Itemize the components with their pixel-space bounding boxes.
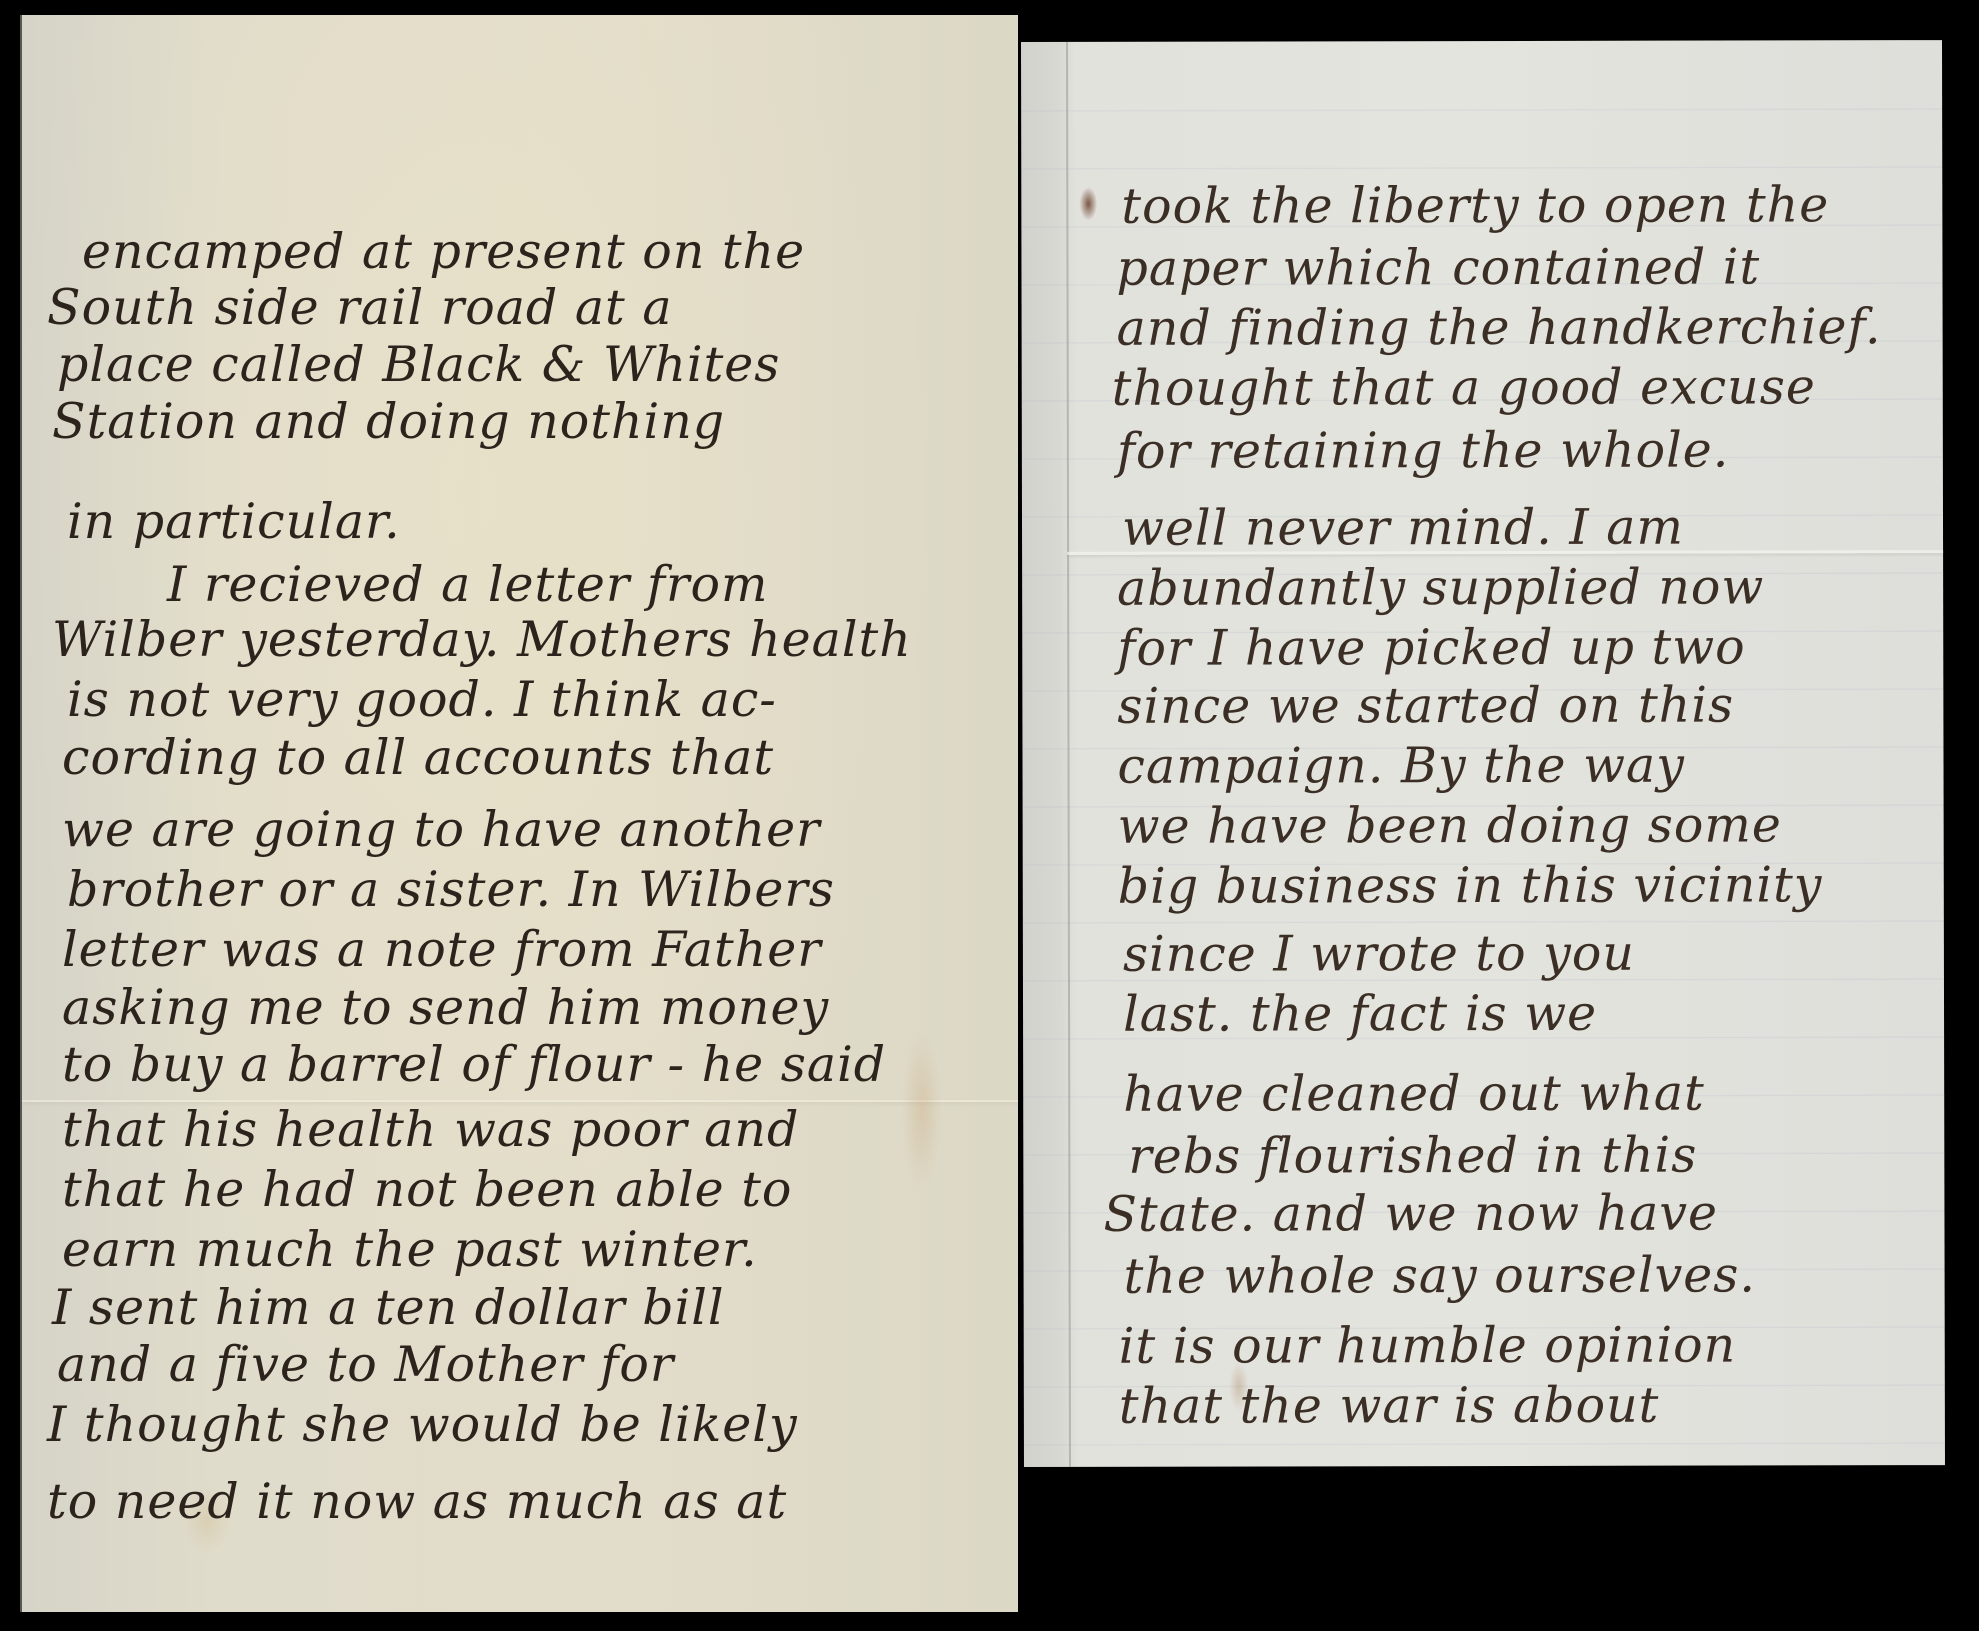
handwritten-line: well never mind. I am [1122, 503, 1684, 553]
handwritten-line: the whole say ourselves. [1124, 1250, 1756, 1300]
handwritten-line: that he had not been able to [62, 1165, 792, 1214]
letter-page-left: encamped at present on the South side ra… [20, 15, 1018, 1612]
handwritten-line: we have been doing some [1118, 800, 1782, 850]
handwritten-line: brother or a sister. In Wilbers [67, 865, 835, 914]
handwritten-line: have cleaned out what [1123, 1069, 1705, 1119]
handwritten-line: in particular. [67, 497, 401, 546]
handwritten-line: to buy a barrel of flour - he said [62, 1040, 886, 1089]
handwritten-line: State. and we now have [1103, 1189, 1718, 1239]
paper-stain [902, 1030, 942, 1190]
handwritten-line: cording to all accounts that [62, 733, 774, 782]
handwritten-line: that the war is about [1119, 1381, 1660, 1431]
handwritten-line: rebs flourished in this [1128, 1131, 1697, 1181]
handwritten-line: big business in this vicinity [1118, 860, 1823, 910]
handwritten-line: for I have picked up two [1117, 622, 1745, 672]
handwritten-line: earn much the past winter. [62, 1225, 758, 1274]
handwritten-line: South side rail road at a [47, 283, 673, 332]
handwritten-line: Wilber yesterday. Mothers health [52, 615, 912, 664]
handwritten-line: asking me to send him money [62, 983, 829, 1032]
handwritten-line: for retaining the whole. [1117, 426, 1730, 476]
handwritten-line: and finding the handkerchief. [1117, 302, 1882, 353]
handwritten-line: I recieved a letter from [167, 560, 768, 609]
handwritten-line: last. the fact is we [1123, 989, 1597, 1039]
handwritten-line: Station and doing nothing [52, 397, 725, 446]
ink-blot [1079, 187, 1097, 221]
handwritten-line: and a five to Mother for [57, 1340, 674, 1389]
handwritten-line: paper which contained it [1116, 242, 1760, 292]
handwritten-line: place called Black & Whites [57, 340, 780, 389]
handwritten-line: campaign. By the way [1117, 741, 1684, 791]
handwritten-line: encamped at present on the [82, 227, 805, 276]
handwritten-line: I sent him a ten dollar bill [52, 1283, 725, 1332]
handwritten-line: I thought she would be likely [47, 1400, 798, 1449]
handwritten-line: we are going to have another [62, 805, 821, 854]
handwritten-line: took the liberty to open the [1121, 180, 1829, 230]
paper-margin-fold [1066, 42, 1071, 1467]
handwritten-line: letter was a note from Father [62, 925, 822, 974]
letter-page-right: took the liberty to open the paper which… [1021, 40, 1945, 1467]
handwritten-line: that his health was poor and [62, 1105, 799, 1154]
handwritten-line: it is our humble opinion [1119, 1321, 1737, 1371]
handwritten-line: thought that a good excuse [1112, 362, 1816, 412]
handwritten-line: abundantly supplied now [1117, 562, 1764, 612]
handwritten-line: since we started on this [1117, 681, 1734, 731]
handwritten-line: is not very good. I think ac- [67, 675, 777, 724]
handwritten-line: to need it now as much as at [47, 1477, 787, 1526]
handwritten-line: since I wrote to you [1123, 929, 1635, 979]
